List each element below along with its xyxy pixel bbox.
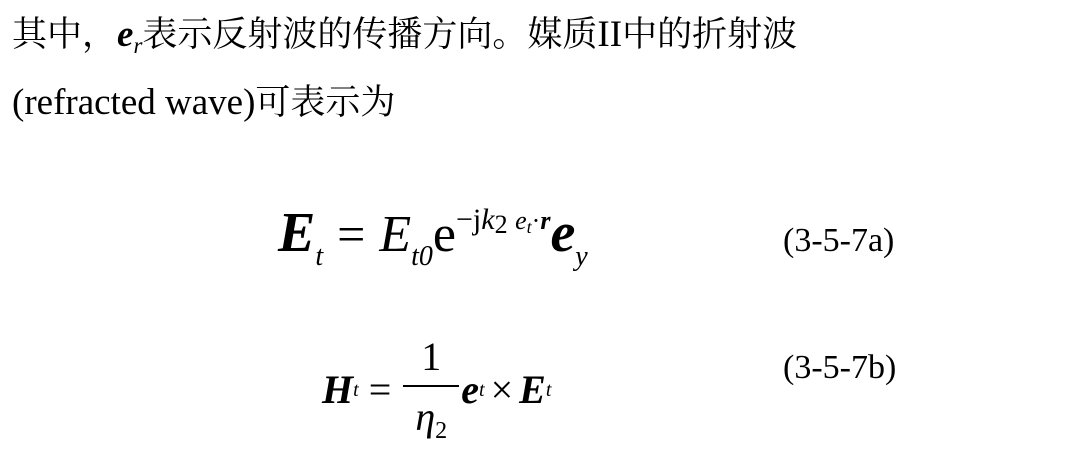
lhs-subscript: t: [353, 380, 359, 400]
unit-vector-subscript: y: [575, 241, 587, 272]
lhs-H: H: [322, 370, 353, 410]
term-e: e: [461, 370, 479, 410]
text-prefix: 其中，: [12, 15, 117, 55]
lhs-E: E: [278, 202, 315, 264]
english-term: (refracted wave): [12, 82, 255, 123]
numerator: 1: [421, 337, 441, 385]
denominator: η2: [415, 387, 447, 443]
unit-vector-e: e: [550, 202, 575, 264]
lhs-subscript: t: [315, 241, 323, 272]
coefficient-E: E: [379, 206, 411, 263]
cross-operator: ×: [491, 370, 514, 410]
exponent: −jk2 et·r: [456, 203, 550, 236]
term-E-subscript: t: [546, 380, 552, 400]
equals-sign: =: [369, 370, 392, 410]
paragraph-line-1: 其中，er表示反射波的传播方向。媒质II中的折射波: [12, 16, 797, 58]
roman-numeral: II: [597, 14, 622, 55]
paragraph-line-2: (refracted wave)可表示为: [12, 84, 395, 121]
exp-base: e: [433, 206, 456, 263]
text-suffix: 可表示为: [255, 83, 395, 123]
fraction: 1η2: [403, 337, 459, 443]
equals-sign: =: [337, 206, 365, 262]
term-e-subscript: t: [479, 380, 485, 400]
equation-3-5-7a: Et=Et0e−jk2 et·rey: [278, 205, 588, 271]
coefficient-subscript: t0: [411, 241, 433, 272]
equation-number-b: (3-5-7b): [783, 349, 896, 387]
equation-3-5-7b: Ht=1η2et×Et: [322, 330, 551, 450]
equation-number-a: (3-5-7a): [783, 222, 894, 260]
vector-e-r: er: [117, 14, 142, 55]
text-suffix-b: 中的折射波: [622, 15, 797, 55]
text-suffix-a: 表示反射波的传播方向。媒质: [142, 15, 597, 55]
term-E: E: [519, 370, 546, 410]
